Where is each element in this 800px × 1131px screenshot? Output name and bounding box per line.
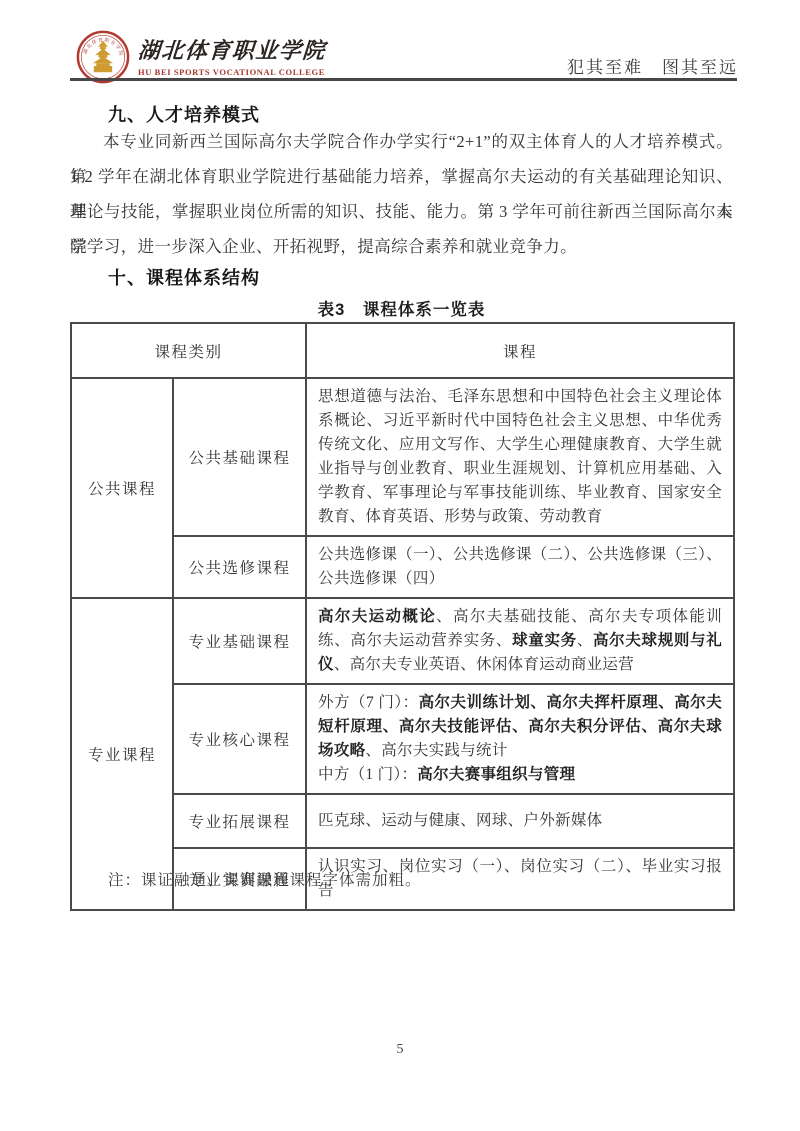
document-page: 湖北体育职业学院 湖北体育职业学院 HU BEI SPORTS VOCATION…: [0, 0, 800, 1131]
courses-major-basic: 高尔夫运动概论、高尔夫基础技能、高尔夫专项体能训练、高尔夫运动营养实务、球童实务…: [306, 598, 734, 684]
section-10-heading: 十、课程体系结构: [108, 264, 260, 290]
header-divider: [70, 78, 737, 81]
table-note: 注：课证融通、课赛融通课程字体需加粗。: [108, 868, 422, 890]
table-header-row: 课程类别 课程: [71, 323, 734, 378]
header-logo-group: 湖北体育职业学院 湖北体育职业学院 HU BEI SPORTS VOCATION…: [76, 30, 326, 84]
courses-major-core: 外方（7 门）：高尔夫训练计划、高尔夫挥杆原理、高尔夫短杆原理、高尔夫技能评估、…: [306, 684, 734, 794]
category-group-major: 专业课程: [71, 598, 173, 910]
subcategory-major-basic: 专业基础课程: [173, 598, 306, 684]
section-9-paragraph: 本专业同新西兰国际高尔夫学院合作办学实行“2+1”的双主体育人的人才培养模式。第…: [70, 124, 733, 264]
college-seal-icon: 湖北体育职业学院: [76, 30, 130, 84]
page-number: 5: [0, 1042, 800, 1058]
category-group-public: 公共课程: [71, 378, 173, 598]
subcategory-major-extension: 专业拓展课程: [173, 794, 306, 848]
paragraph-line: 理论与技能，掌握职业岗位所需的知识、技能、能力。第 3 学年可前往新西兰国际高尔…: [70, 194, 733, 229]
college-name-english: HU BEI SPORTS VOCATIONAL COLLEGE: [138, 67, 326, 77]
table-row: 公共课程 公共基础课程 思想道德与法治、毛泽东思想和中国特色社会主义理论体系概论…: [71, 378, 734, 536]
subcategory-public-elective: 公共选修课程: [173, 536, 306, 598]
column-header-category: 课程类别: [71, 323, 306, 378]
courses-public-basic: 思想道德与法治、毛泽东思想和中国特色社会主义理论体系概论、习近平新时代中国特色社…: [306, 378, 734, 536]
subcategory-public-basic: 公共基础课程: [173, 378, 306, 536]
college-name-block: 湖北体育职业学院 HU BEI SPORTS VOCATIONAL COLLEG…: [138, 30, 326, 77]
college-name-calligraphy: 湖北体育职业学院: [137, 34, 327, 65]
paragraph-line: 院学习，进一步深入企业、开拓视野，提高综合素养和就业竞争力。: [70, 229, 733, 264]
subcategory-major-core: 专业核心课程: [173, 684, 306, 794]
paragraph-line: 1-2 学年在湖北体育职业学院进行基础能力培养，掌握高尔夫运动的有关基础理论知识…: [70, 159, 733, 194]
courses-public-elective: 公共选修课（一）、公共选修课（二）、公共选修课（三）、公共选修课（四）: [306, 536, 734, 598]
table-caption: 表3 课程体系一览表: [70, 296, 733, 320]
paragraph-line: 本专业同新西兰国际高尔夫学院合作办学实行“2+1”的双主体育人的人才培养模式。第: [70, 124, 733, 159]
table-row: 专业课程 专业基础课程 高尔夫运动概论、高尔夫基础技能、高尔夫专项体能训练、高尔…: [71, 598, 734, 684]
curriculum-table: 课程类别 课程 公共课程 公共基础课程 思想道德与法治、毛泽东思想和中国特色社会…: [70, 322, 735, 911]
header-motto: 犯其至难 图其至远: [567, 53, 738, 78]
courses-major-extension: 匹克球、运动与健康、网球、户外新媒体: [306, 794, 734, 848]
column-header-courses: 课程: [306, 323, 734, 378]
